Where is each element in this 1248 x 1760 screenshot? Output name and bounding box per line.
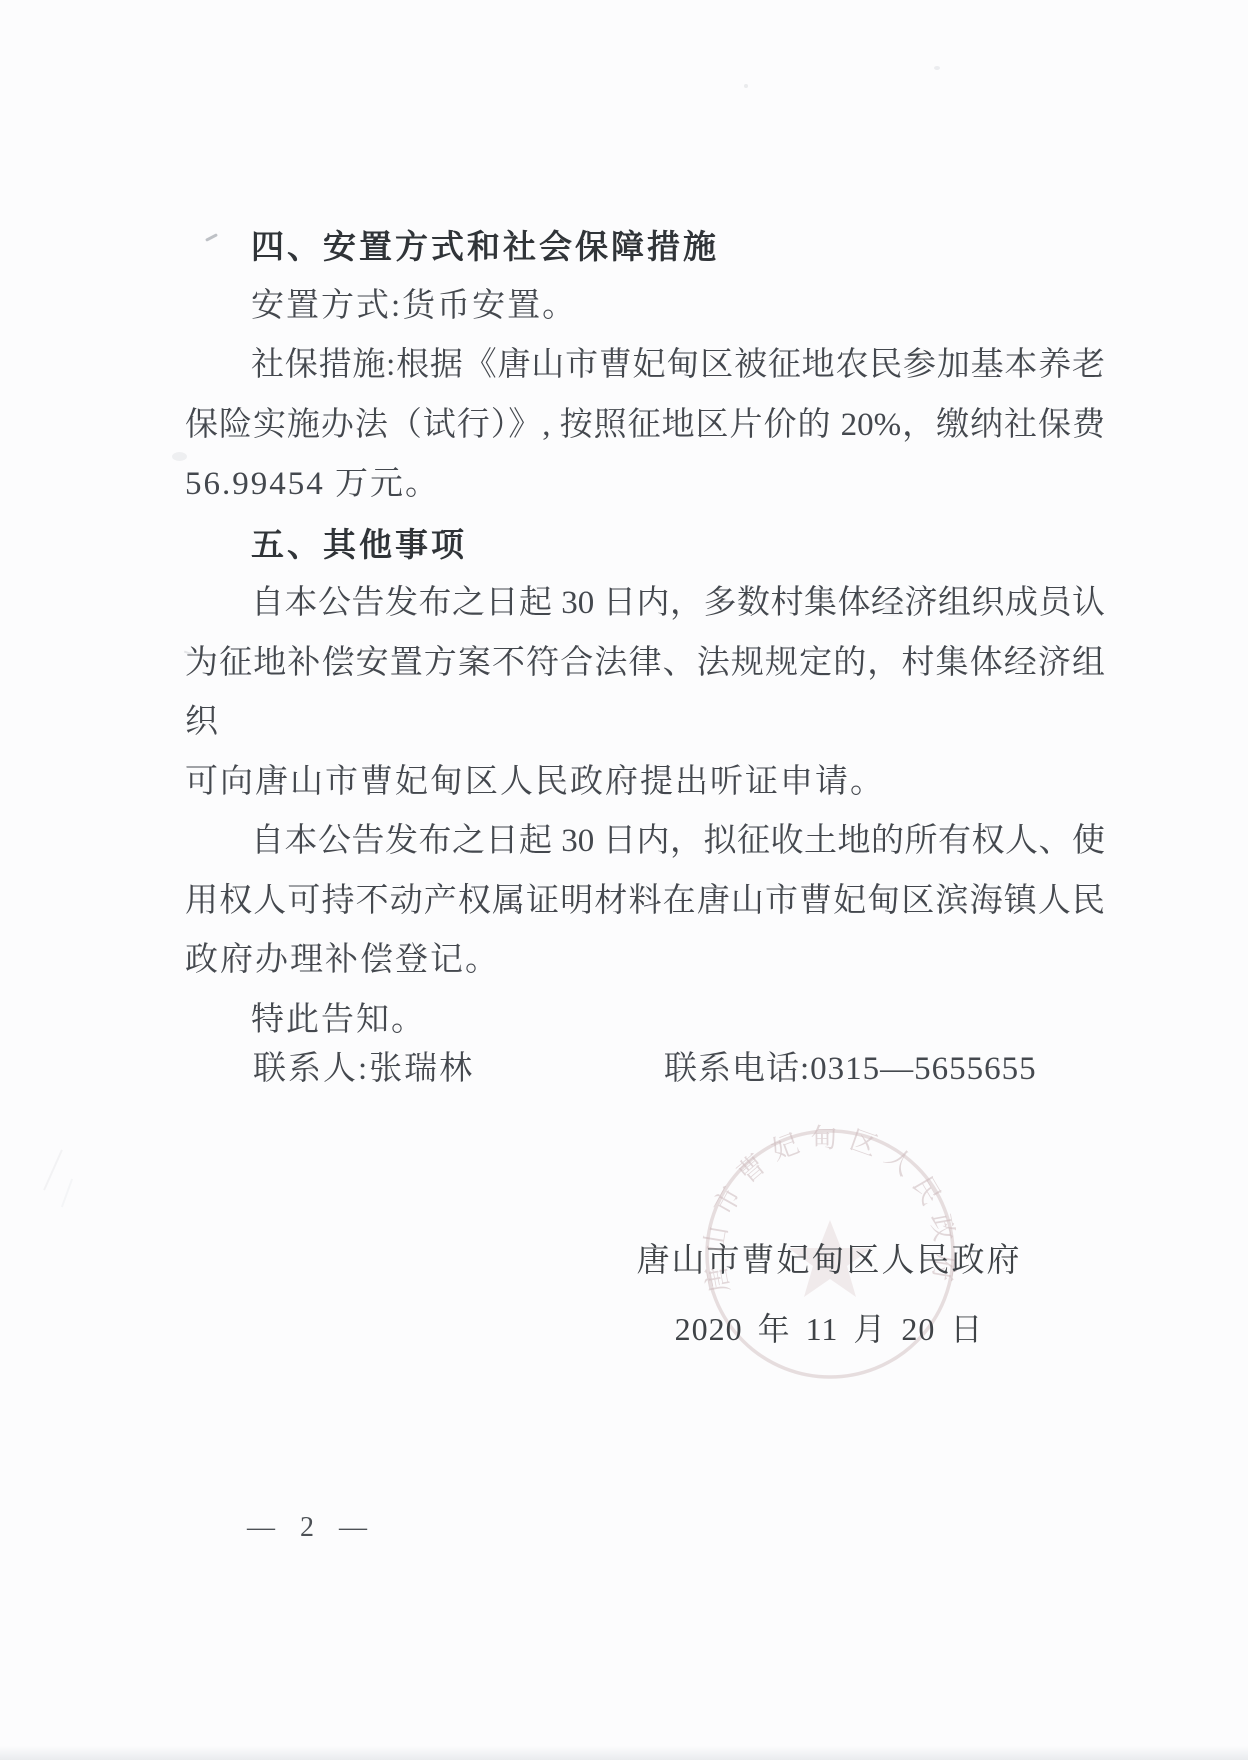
contact-phone: 联系电话:0315—5655655 — [664, 1040, 1037, 1100]
body-line: 安置方式:货币安置。 — [185, 277, 1105, 337]
body-line: 社保措施:根据《唐山市曹妃甸区被征地农民参加基本养老 — [185, 336, 1105, 396]
scan-artifact — [43, 1149, 63, 1190]
scan-artifact — [744, 84, 748, 88]
contact-row: 联系人:张瑞林 联系电话:0315—5655655 — [185, 1040, 1105, 1100]
scan-artifact — [61, 1179, 73, 1208]
body-line: 自本公告发布之日起 30 日内，拟征收土地的所有权人、使 — [185, 812, 1105, 872]
page-number: — 2 — — [228, 1512, 388, 1544]
signature-block: 唐山市曹妃甸区人民政府 2020 年 11 月 20 日 — [579, 1234, 1079, 1350]
issuer-name: 唐山市曹妃甸区人民政府 — [579, 1234, 1079, 1281]
scan-edge-shadow — [0, 1746, 1248, 1760]
scan-artifact — [934, 66, 940, 70]
issue-date: 2020 年 11 月 20 日 — [579, 1304, 1079, 1350]
scanned-notice-page: 四、安置方式和社会保障措施 安置方式:货币安置。 社保措施:根据《唐山市曹妃甸区… — [0, 0, 1248, 1760]
body-line: 自本公告发布之日起 30 日内，多数村集体经济组织成员认 — [185, 574, 1105, 634]
body-line: 56.99454 万元。 — [185, 455, 1105, 515]
body-line: 可向唐山市曹妃甸区人民政府提出听证申请。 — [185, 753, 1105, 813]
body-line: 用权人可持不动产权属证明材料在唐山市曹妃甸区滨海镇人民 — [185, 872, 1105, 932]
section-4-heading: 四、安置方式和社会保障措施 — [185, 217, 1105, 277]
contact-person: 联系人:张瑞林 — [253, 1051, 474, 1087]
body-line: 政府办理补偿登记。 — [185, 931, 1105, 991]
body-line: 保险实施办法（试行）》, 按照征地区片价的 20%，缴纳社保费 — [185, 396, 1105, 456]
notice-body: 四、安置方式和社会保障措施 安置方式:货币安置。 社保措施:根据《唐山市曹妃甸区… — [185, 217, 1105, 1050]
section-5-heading: 五、其他事项 — [185, 515, 1105, 575]
body-line: 为征地补偿安置方案不符合法律、法规规定的，村集体经济组织 — [185, 634, 1105, 753]
